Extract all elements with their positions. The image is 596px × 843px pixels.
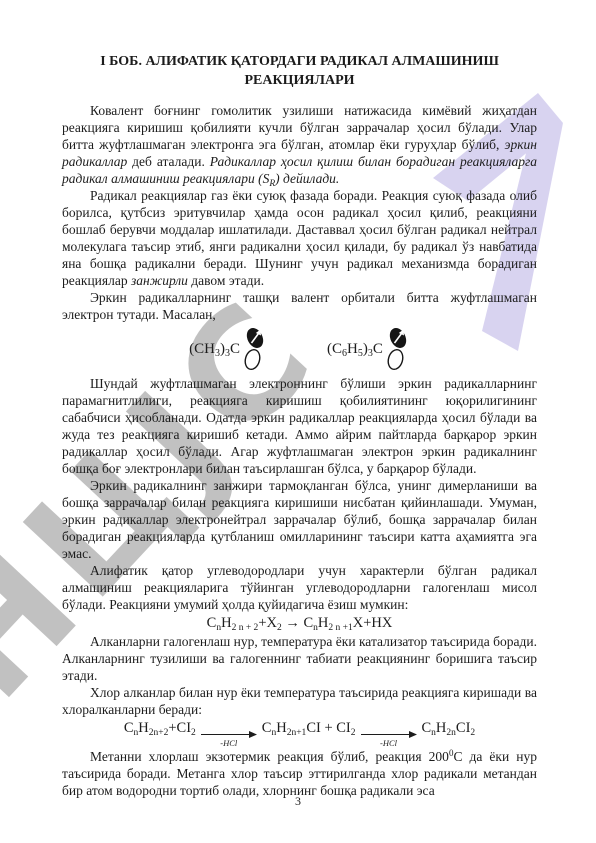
chapter-title-line2: РЕАКЦИЯЛАРИ [62, 71, 537, 90]
equation-subscript: 2 [470, 728, 475, 738]
paragraph-text: Ковалент боғнинг гомолитик узилиши натиж… [62, 103, 537, 152]
formula-text: (CH [189, 341, 215, 357]
equation-text: C [303, 615, 313, 631]
right-arrow-icon: → [285, 615, 300, 631]
paragraph-covalent-bond: Ковалент боғнинг гомолитик узилиши натиж… [62, 102, 537, 187]
arrow-condition-label: -HCl [380, 739, 397, 748]
equation-subscript: 2 n +1 [328, 623, 352, 633]
equation-text: C [124, 720, 134, 736]
equation-text: H [276, 720, 286, 736]
equation-subscript: 2 [191, 728, 196, 738]
equation-text: +CI [168, 720, 191, 736]
equation-text: H [221, 615, 231, 631]
reaction-arrow-icon: -HCl [361, 730, 417, 748]
equation-subscript: 2n+1 [287, 728, 307, 738]
equation-subscript: 2 n + 2 [232, 623, 259, 633]
equation-text: C [422, 720, 432, 736]
equation-text: H [138, 720, 148, 736]
paragraph-alkane-halogenation: Алканларни галогенлаш нур, температура ё… [62, 633, 537, 684]
paragraph-text: давом этади. [188, 273, 264, 288]
triphenylmethyl-radical-formula: (C6H5)3C [327, 327, 410, 371]
equation-text: H [318, 615, 328, 631]
equation-subscript: 2 [277, 623, 282, 633]
italic-definition-end: ) дейилади. [275, 171, 339, 186]
radical-formulas-row: (CH3)3C (C6H5)3C [62, 323, 537, 375]
equation-text: CI [456, 720, 471, 736]
equation-subscript: 2 [351, 728, 356, 738]
paragraph-valence-orbital: Эркин радикалларнинг ташқи валент орбита… [62, 289, 537, 323]
formula-text: C [230, 341, 240, 357]
formula-text: C [373, 341, 383, 357]
formula-text: H [347, 341, 358, 357]
chlorination-equation: CnH2n+2+CI2-HClCnH2n+1CI + CI2-HClCnH2nC… [62, 718, 537, 748]
tert-butyl-radical-formula: (CH3)3C [189, 327, 267, 371]
equation-text: +X [258, 615, 277, 631]
paragraph-unpaired-electron: Шундай жуфтлашмаган электроннинг бўлиши … [62, 375, 537, 477]
p-orbital-icon [241, 327, 267, 371]
chapter-title-line1: I БОБ. АЛИФАТИК ҚАТОРДАГИ РАДИКАЛ АЛМАШИ… [62, 52, 537, 71]
equation-text: H [436, 720, 446, 736]
p-orbital-icon [384, 327, 410, 371]
equation-text: CI + CI [306, 720, 350, 736]
formula-text: (CH3)3C [189, 341, 240, 358]
page-content: I БОБ. АЛИФАТИК ҚАТОРДАГИ РАДИКАЛ АЛМАШИ… [62, 52, 537, 799]
document-page: НЦЈС I БОБ. АЛИФАТИК ҚАТОРДАГИ РАДИКАЛ А… [0, 0, 596, 843]
paragraph-methane-chlorination: Метанни хлорлаш экзотермик реакция бўлиб… [62, 748, 537, 799]
reaction-arrow-icon: -HCl [201, 730, 257, 748]
chapter-title: I БОБ. АЛИФАТИК ҚАТОРДАГИ РАДИКАЛ АЛМАШИ… [62, 52, 537, 90]
paragraph-aliphatic-halogenation: Алифатик қатор углеводородлари учун хара… [62, 562, 537, 613]
formula-text: (C [327, 341, 342, 357]
paragraph-radical-phase: Радикал реакциялар газ ёки суюқ фазада б… [62, 187, 537, 289]
equation-subscript: 2n+2 [149, 728, 169, 738]
formula-text: (C6H5)3C [327, 341, 383, 358]
paragraph-text: деб аталади. [127, 154, 210, 169]
page-number: 3 [0, 794, 596, 809]
arrow-condition-label: -HCl [220, 739, 237, 748]
italic-term-chain: занжирли [131, 273, 188, 288]
general-halogenation-equation: CnH2 n + 2+X2 → CnH2 n +1X+HX [62, 613, 537, 633]
paragraph-text: Метанни хлорлаш экзотермик реакция бўлиб… [90, 749, 449, 764]
equation-subscript: 2n [446, 728, 456, 738]
paragraph-branched-chain: Эркин радикалнинг занжири тармоқланган б… [62, 477, 537, 562]
paragraph-chlorine-alkanes: Хлор алканлар билан нур ёки температура … [62, 684, 537, 718]
equation-text: X+HX [353, 615, 393, 631]
equation-text: C [207, 615, 217, 631]
